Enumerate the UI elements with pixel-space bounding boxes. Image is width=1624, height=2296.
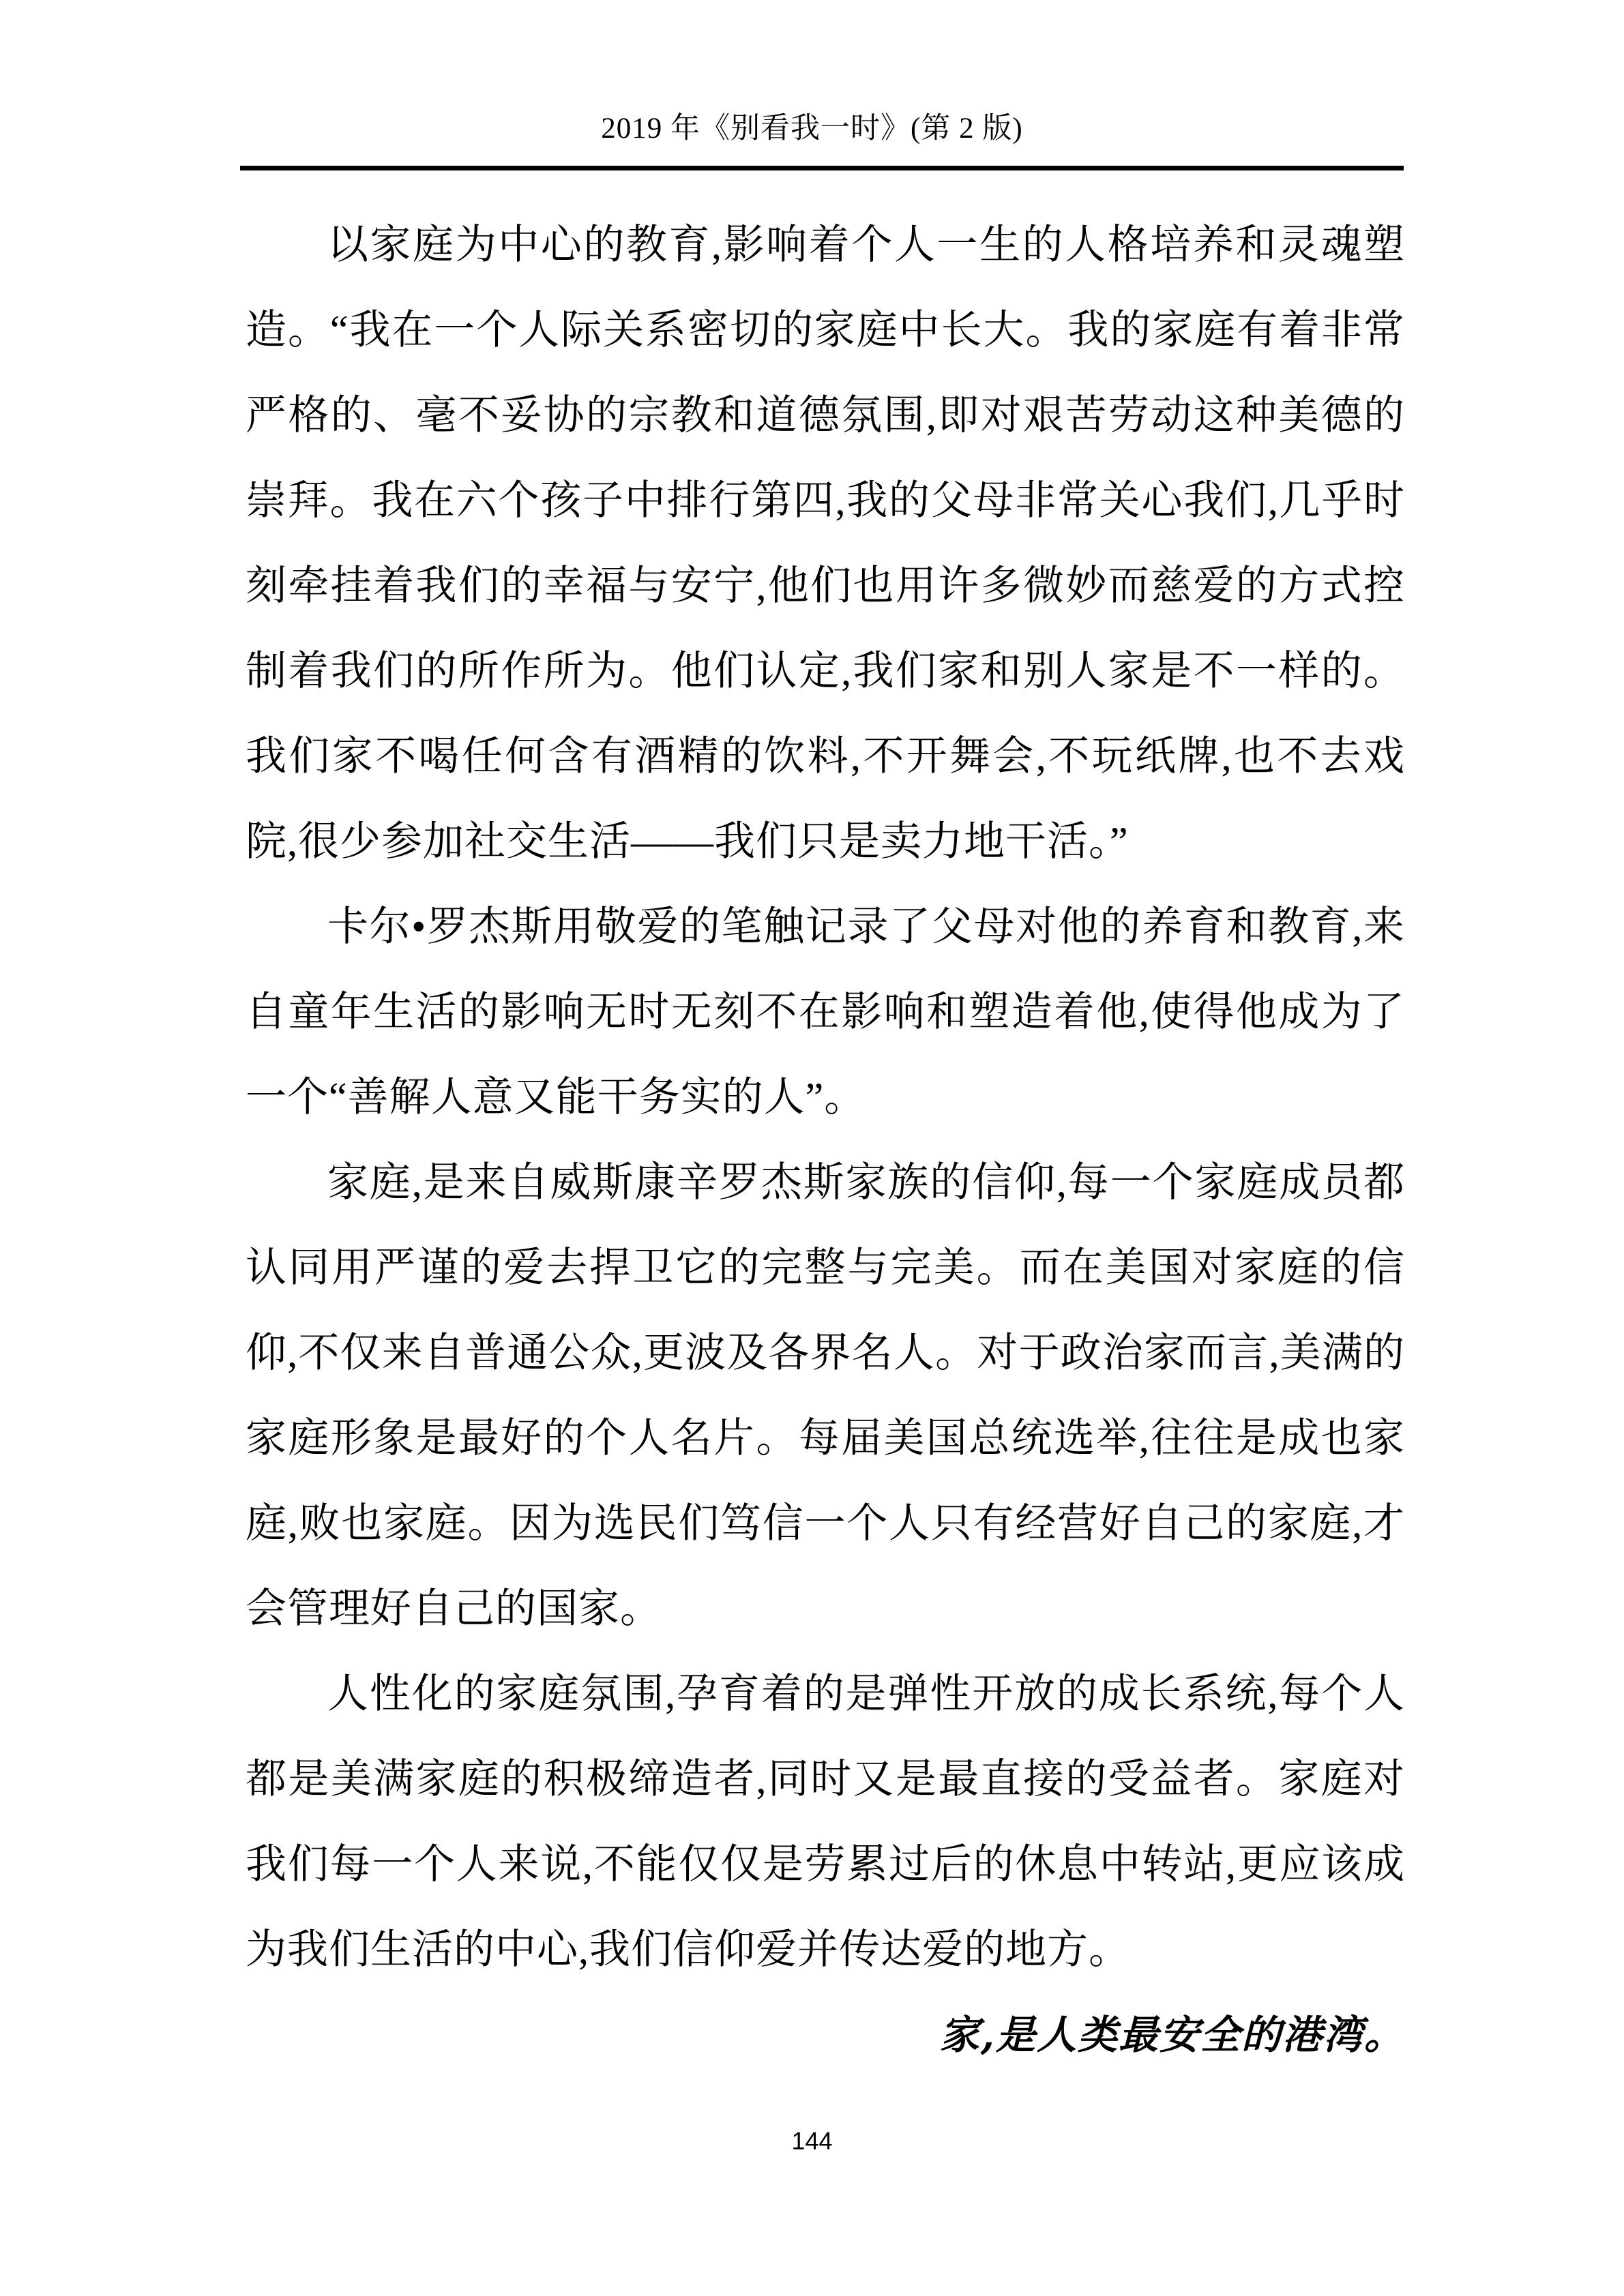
header-rule bbox=[240, 166, 1404, 170]
body-paragraph-family-belief: 家庭,是来自威斯康辛罗杰斯家族的信仰,每一个家庭成员都认同用严谨的爱去捍卫它的完… bbox=[246, 1140, 1405, 1652]
page-body: 以家庭为中心的教育,影响着个人一生的人格培养和灵魂塑造。“我在一个人际关系密切的… bbox=[246, 203, 1405, 2078]
body-paragraph-humanized-family: 人性化的家庭氛围,孕育着的是弹性开放的成长系统,每个人都是美满家庭的积极缔造者,… bbox=[246, 1652, 1405, 1993]
body-paragraph-carl-rogers: 卡尔•罗杰斯用敬爱的笔触记录了父母对他的养育和教育,来自童年生活的影响无时无刻不… bbox=[246, 884, 1405, 1140]
closing-calligraphy-line: 家,是人类最安全的港湾。 bbox=[246, 1993, 1405, 2078]
body-paragraph-family-education: 以家庭为中心的教育,影响着个人一生的人格培养和灵魂塑造。“我在一个人际关系密切的… bbox=[246, 203, 1405, 884]
page-number: 144 bbox=[0, 2126, 1624, 2156]
running-header-title: 2019 年《别看我一时》(第 2 版) bbox=[0, 111, 1624, 147]
document-page: 2019 年《别看我一时》(第 2 版) 以家庭为中心的教育,影响着个人一生的人… bbox=[0, 0, 1624, 2296]
